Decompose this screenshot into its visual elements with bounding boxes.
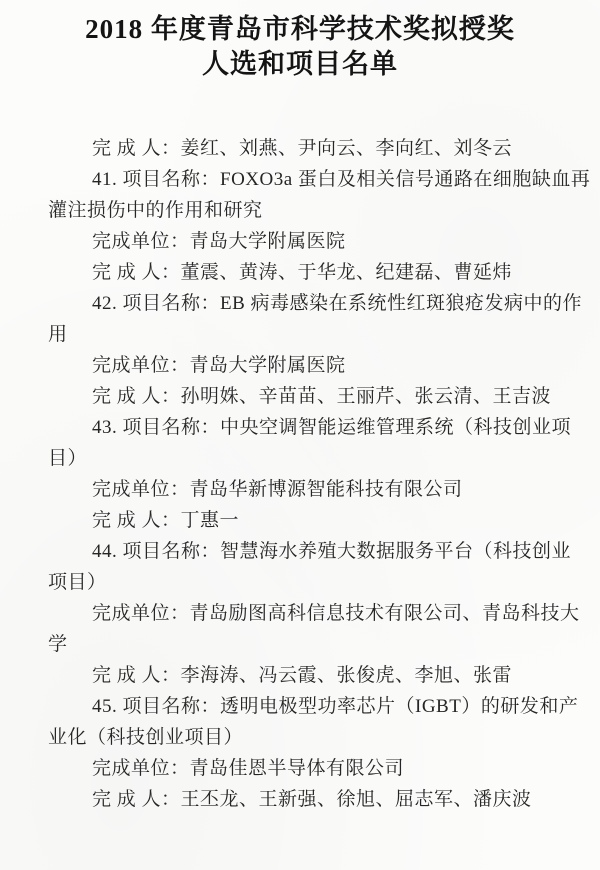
line-project-42-title: 42. 项目名称：EB 病毒感染在系统性红斑狼疮发病中的作 [48, 288, 568, 319]
line-project-44-unit: 完成单位：青岛励图高科信息技术有限公司、青岛科技大 [48, 598, 568, 629]
document-title: 2018 年度青岛市科学技术奖拟授奖 人选和项目名单 [0, 0, 600, 82]
line-project-45-title-cont: 业化（科技创业项目） [48, 722, 568, 753]
line-project-43-unit: 完成单位：青岛华新博源智能科技有限公司 [48, 474, 568, 505]
line-project-45-title: 45. 项目名称：透明电极型功率芯片（IGBT）的研发和产 [48, 691, 568, 722]
line-project-43-title-cont: 目） [48, 443, 568, 474]
title-line-2: 人选和项目名单 [0, 47, 600, 82]
line-project-44-unit-cont: 学 [48, 629, 568, 660]
line-project-41-title-cont: 灌注损伤中的作用和研究 [48, 195, 568, 226]
line-project-44-title-cont: 项目） [48, 567, 568, 598]
document-body: 完 成 人：姜红、刘燕、尹向云、李向红、刘冬云 41. 项目名称：FOXO3a … [48, 133, 568, 815]
line-project-44-completers: 完 成 人：李海涛、冯云霞、张俊虎、李旭、张雷 [48, 660, 568, 691]
line-project-45-unit: 完成单位：青岛佳恩半导体有限公司 [48, 753, 568, 784]
line-completers-prev: 完 成 人：姜红、刘燕、尹向云、李向红、刘冬云 [48, 133, 568, 164]
line-project-44-title: 44. 项目名称：智慧海水养殖大数据服务平台（科技创业 [48, 536, 568, 567]
title-line-1: 2018 年度青岛市科学技术奖拟授奖 [0, 12, 600, 47]
line-project-41-unit: 完成单位：青岛大学附属医院 [48, 226, 568, 257]
line-project-43-title: 43. 项目名称：中央空调智能运维管理系统（科技创业项 [48, 412, 568, 443]
line-project-42-completers: 完 成 人：孙明姝、辛苗苗、王丽芹、张云清、王吉波 [48, 381, 568, 412]
document-page: 2018 年度青岛市科学技术奖拟授奖 人选和项目名单 完 成 人：姜红、刘燕、尹… [0, 0, 600, 870]
line-project-45-completers: 完 成 人：王丕龙、王新强、徐旭、屈志军、潘庆波 [48, 784, 568, 815]
line-project-41-completers: 完 成 人：董震、黄涛、于华龙、纪建磊、曹延炜 [48, 257, 568, 288]
line-project-41-title: 41. 项目名称：FOXO3a 蛋白及相关信号通路在细胞缺血再 [48, 164, 568, 195]
line-project-42-unit: 完成单位：青岛大学附属医院 [48, 350, 568, 381]
line-project-42-title-cont: 用 [48, 319, 568, 350]
line-project-43-completers: 完 成 人：丁惠一 [48, 505, 568, 536]
